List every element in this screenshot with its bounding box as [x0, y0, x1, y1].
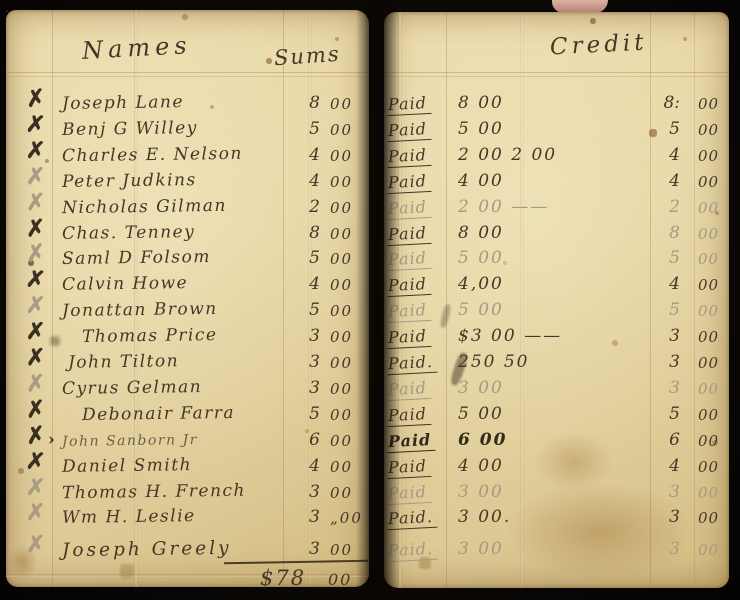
- paper-speckles: [384, 12, 386, 14]
- ledger-photo: Names Sums ✗ Joseph Lane 8 00 ✗ Benj G W…: [0, 0, 740, 600]
- sum-dollars: 5: [288, 404, 320, 424]
- credit-dollars: 3: [652, 352, 680, 372]
- credit-dollars: 3: [652, 539, 680, 559]
- credit-row: Paid 6 00 6 00: [384, 429, 729, 455]
- tally-x-mark: ✗: [26, 165, 46, 188]
- tally-x-mark: ✗: [25, 216, 45, 240]
- ledger-row: ✗ Benj G Willey 5 00: [6, 118, 369, 144]
- debtor-name: Nicholas Gilman: [62, 195, 227, 217]
- ledger-row: ✗ Joseph Lane 8 00: [6, 92, 369, 118]
- sum-dollars: 8: [288, 223, 320, 243]
- paid-label: Paid.: [386, 539, 437, 563]
- sum-cents: 00: [330, 121, 353, 139]
- tally-x-mark: ✗: [26, 533, 46, 556]
- credit-row: Paid. 3 00 3 00: [384, 538, 729, 564]
- paid-amount: 3 00: [458, 539, 504, 559]
- ledger-row: ✗ John Tilton 3 00: [6, 351, 369, 377]
- page-crease: [6, 574, 369, 577]
- credit-cents: 00: [698, 484, 719, 502]
- sum-cents: 00: [330, 95, 353, 113]
- tally-x-mark: ✗: [25, 138, 45, 162]
- sum-dollars: 5: [288, 300, 320, 320]
- paid-amount: 6 00: [458, 430, 507, 450]
- sum-cents: „00: [330, 509, 363, 527]
- ledger-row: ✗ Thomas H. French 3 00: [6, 481, 369, 507]
- credit-row: Paid 5 00 5 00: [384, 118, 729, 144]
- sum-cents: 00: [330, 380, 353, 398]
- tally-x-mark: ✗: [26, 190, 46, 213]
- credit-row: Paid 4 00 4 00: [384, 455, 729, 481]
- credit-dollars: 6: [652, 430, 680, 450]
- paid-amount: 2 00 2 00: [458, 145, 557, 165]
- tally-x-mark: ✗: [25, 397, 46, 421]
- ledger-row: ✗ Chas. Tenney 8 00: [6, 222, 369, 248]
- tally-x-mark: ✗: [25, 423, 47, 448]
- total-dollars: $78: [260, 566, 306, 590]
- ledger-row: ✗ Daniel Smith 4 00: [6, 455, 369, 481]
- paid-label: Paid: [386, 119, 431, 142]
- credit-cents: 00: [698, 225, 719, 243]
- debtor-name: John Tilton: [68, 351, 179, 373]
- sum-dollars: 5: [288, 119, 320, 139]
- ledger-row: ✗ Jonattan Brown 5 00: [6, 299, 369, 325]
- credit-dollars: 4: [652, 456, 680, 476]
- debtor-name: Thomas Price: [82, 325, 218, 347]
- debtor-name: Calvin Howe: [62, 273, 188, 295]
- paid-label: Paid: [386, 248, 431, 271]
- sum-dollars: 3: [288, 539, 320, 559]
- paid-amount: 250 50: [458, 352, 529, 372]
- credit-cents: 00: [698, 541, 719, 559]
- credit-row: Paid. 250 50 3 00: [384, 351, 729, 377]
- sums-header: Sums: [273, 42, 341, 71]
- ledger-row: ✗ Peter Judkins 4 00: [6, 170, 369, 196]
- credit-dollars: 5: [652, 119, 680, 139]
- sum-dollars: 3: [288, 507, 320, 527]
- sum-dollars: 4: [288, 145, 320, 165]
- credit-row: Paid 5 00 5 00: [384, 247, 729, 273]
- credit-cents: 00: [698, 95, 719, 113]
- tally-x-mark: ✗: [25, 475, 45, 499]
- paid-label: Paid: [386, 404, 431, 427]
- debtor-name: Wm H. Leslie: [62, 506, 196, 528]
- credit-cents: 00: [698, 432, 719, 450]
- credit-row: Paid 4,00 4 00: [384, 273, 729, 299]
- debtor-name: John Sanborn Jr: [62, 432, 198, 450]
- credit-row: Paid 3 00 3 00: [384, 481, 729, 507]
- paid-label: Paid: [386, 145, 431, 168]
- sum-cents: 00: [330, 250, 353, 268]
- sum-cents: 00: [330, 484, 353, 502]
- credit-header: Credit: [549, 29, 648, 60]
- paid-label: Paid.: [386, 507, 437, 531]
- sum-cents: 00: [330, 302, 353, 320]
- credit-row: Paid 4 00 4 00: [384, 170, 729, 196]
- credit-dollars: 4: [652, 145, 680, 165]
- header-rule: [6, 72, 369, 73]
- sum-dollars: 4: [288, 456, 320, 476]
- paid-label: Paid: [386, 171, 431, 194]
- paid-amount: 3 00.: [458, 507, 511, 527]
- paper-speckles: [6, 10, 8, 12]
- credit-dollars: 3: [652, 378, 680, 398]
- tally-x-mark: ✗: [25, 267, 47, 292]
- credit-cents: 00: [698, 380, 719, 398]
- credit-dollars: 8:: [652, 93, 680, 113]
- credit-row: Paid 5 00 5 00: [384, 403, 729, 429]
- paid-amount: 5 00: [458, 404, 504, 424]
- credit-row: Paid 2 00 —— 2 00: [384, 196, 729, 222]
- debtor-name: Benj G Willey: [62, 118, 198, 140]
- tally-x-mark: ✗: [25, 112, 46, 137]
- debtor-name: Jonattan Brown: [62, 299, 218, 321]
- paid-amount: $3 00 ——: [458, 326, 562, 346]
- sum-cents: 00: [330, 328, 353, 346]
- credit-row: Paid 8 00 8 00: [384, 222, 729, 248]
- header-rule-2: [384, 76, 729, 77]
- sum-cents: 00: [330, 354, 353, 372]
- sum-dollars: 3: [288, 378, 320, 398]
- debtor-name: Peter Judkins: [62, 170, 197, 192]
- ledger-row: ✗ Wm H. Leslie 3 „00: [6, 506, 369, 532]
- paid-amount: 5 00: [458, 248, 504, 268]
- credit-dollars: 2: [652, 197, 680, 217]
- paid-amount: 8 00: [458, 223, 504, 243]
- tally-x-mark: ✗: [26, 346, 45, 369]
- debtor-name: Charles E. Nelson: [62, 144, 243, 167]
- paid-amount: 3 00: [458, 482, 504, 502]
- credit-row: Paid $3 00 —— 3 00: [384, 325, 729, 351]
- sum-dollars: 4: [288, 274, 320, 294]
- credit-dollars: 8: [652, 223, 680, 243]
- paid-amount: 4 00: [458, 171, 504, 191]
- paid-label: Paid: [386, 196, 431, 219]
- paid-label: Paid: [386, 93, 431, 116]
- tally-x-mark: ✗: [25, 242, 46, 267]
- sum-dollars: 3: [288, 326, 320, 346]
- credit-dollars: 5: [652, 248, 680, 268]
- tally-x-mark: ✗: [26, 372, 46, 396]
- credit-cents: 00: [698, 509, 719, 527]
- paid-label: Paid: [386, 222, 431, 245]
- sum-cents: 00: [330, 458, 353, 476]
- credit-dollars: 3: [652, 482, 680, 502]
- sum-dollars: 5: [288, 248, 320, 268]
- credit-dollars: 5: [652, 404, 680, 424]
- credit-cents: 00: [698, 147, 719, 165]
- paid-label: Paid: [386, 429, 435, 452]
- paid-label: Paid: [386, 274, 431, 297]
- credit-cents: 00: [698, 406, 719, 424]
- ledger-row: ✗ Thomas Price 3 00: [6, 325, 369, 351]
- tally-x-mark: ✗: [25, 86, 47, 111]
- debtor-name: Joseph Greely: [62, 538, 232, 561]
- credit-dollars: 4: [652, 274, 680, 294]
- right-page: Credit Paid 8 00 8: 00 Paid 5 00 5 00 Pa…: [384, 12, 729, 588]
- credit-dollars: 3: [652, 507, 680, 527]
- paid-label: Paid: [386, 378, 431, 401]
- sum-cents: 00: [330, 432, 353, 450]
- debtor-name: Daniel Smith: [62, 455, 192, 477]
- tally-x-mark: ✗: [26, 501, 46, 524]
- sum-dollars: 3: [288, 352, 320, 372]
- credit-cents: 00: [698, 199, 719, 217]
- credit-row: Paid. 3 00. 3 00: [384, 506, 729, 532]
- paid-label: Paid: [386, 326, 431, 349]
- credit-cents: 00: [698, 328, 719, 346]
- sum-cents: 00: [330, 541, 353, 559]
- sum-cents: 00: [330, 199, 353, 217]
- credit-cents: 00: [698, 302, 719, 320]
- credit-cents: 00: [698, 354, 719, 372]
- paid-amount: 5 00: [458, 119, 504, 139]
- paid-label: Paid: [386, 481, 431, 504]
- tally-x-mark: ✗: [25, 294, 46, 318]
- credit-cents: 00: [698, 173, 719, 191]
- ledger-row: ✗ Calvin Howe 4 00: [6, 273, 369, 299]
- left-page: Names Sums ✗ Joseph Lane 8 00 ✗ Benj G W…: [6, 10, 369, 587]
- credit-row: Paid 8 00 8: 00: [384, 92, 729, 118]
- margin-arrow-mark: ›: [48, 430, 55, 450]
- ledger-row: ✗ Nicholas Gilman 2 00: [6, 196, 369, 222]
- debtor-name: Cyrus Gelman: [62, 377, 202, 399]
- credit-cents: 00: [698, 276, 719, 294]
- debtor-name: Debonair Farra: [82, 403, 235, 425]
- sum-dollars: 2: [288, 197, 320, 217]
- credit-cents: 00: [698, 250, 719, 268]
- credit-cents: 00: [698, 121, 719, 139]
- tally-x-mark: ✗: [26, 320, 46, 344]
- ledger-row: ✗ Charles E. Nelson 4 00: [6, 144, 369, 170]
- debtor-name: Saml D Folsom: [62, 247, 211, 269]
- credit-row: Paid 5 00 5 00: [384, 299, 729, 325]
- credit-dollars: 3: [652, 326, 680, 346]
- paid-amount: 8 00: [458, 93, 504, 113]
- ledger-row: ✗ Debonair Farra 5 00: [6, 403, 369, 429]
- paid-label: Paid.: [386, 352, 437, 376]
- sum-dollars: 4: [288, 171, 320, 191]
- credit-cents: 00: [698, 458, 719, 476]
- debtor-name: Joseph Lane: [62, 92, 184, 114]
- credit-row: Paid 2 00 2 00 4 00: [384, 144, 729, 170]
- paid-amount: 4,00: [458, 274, 504, 294]
- debtor-name: Chas. Tenney: [62, 222, 196, 244]
- paid-label: Paid: [386, 300, 431, 323]
- sum-cents: 00: [330, 173, 353, 191]
- sum-dollars: 3: [288, 482, 320, 502]
- credit-dollars: 5: [652, 300, 680, 320]
- tally-x-mark: ✗: [25, 449, 46, 474]
- paid-amount: 5 00: [458, 300, 504, 320]
- sum-cents: 00: [330, 225, 353, 243]
- sum-dollars: 8: [288, 93, 320, 113]
- paid-amount: 2 00 ——: [458, 197, 549, 217]
- header-rule: [384, 72, 729, 73]
- sum-cents: 00: [330, 406, 353, 424]
- debtor-name: Thomas H. French: [62, 480, 246, 503]
- ledger-row: ✗› John Sanborn Jr 6 00: [6, 429, 369, 455]
- ledger-row: ✗ Saml D Folsom 5 00: [6, 247, 369, 273]
- sum-cents: 00: [330, 147, 353, 165]
- total-cents: 00: [328, 570, 352, 589]
- sum-dollars: 6: [288, 430, 320, 450]
- paid-amount: 3 00: [458, 378, 504, 398]
- credit-dollars: 4: [652, 171, 680, 191]
- sum-cents: 00: [330, 276, 353, 294]
- paid-amount: 4 00: [458, 456, 504, 476]
- names-header: Names: [81, 31, 192, 65]
- credit-row: Paid 3 00 3 00: [384, 377, 729, 403]
- paid-label: Paid: [386, 455, 431, 478]
- ledger-row: ✗ Cyrus Gelman 3 00: [6, 377, 369, 403]
- header-rule-2: [6, 76, 369, 77]
